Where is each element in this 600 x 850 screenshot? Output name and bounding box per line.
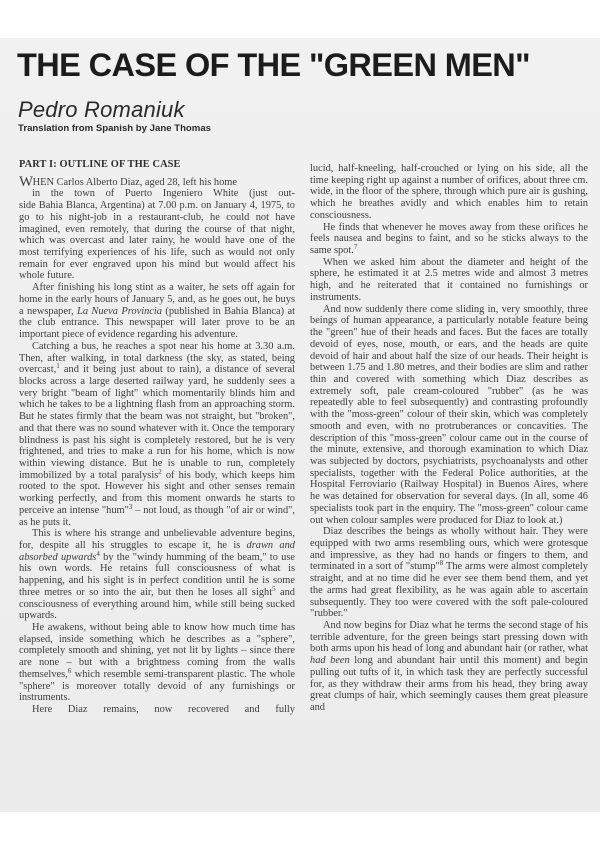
paragraph-1-rest: side Bahia Blanca, Argentina) at 7.00 p.… — [19, 200, 295, 281]
paragraph-second-stage-text-b: long and abundant hair until this moment… — [310, 655, 588, 713]
translator-credit: Translation from Spanish by Jane Thomas — [18, 123, 211, 134]
paragraph-arms: Diaz describes the beings as wholly with… — [310, 526, 588, 620]
footnote-ref-7: 7 — [354, 243, 358, 251]
paragraph-5: He awakens, without being able to know h… — [19, 622, 295, 704]
paragraph-3: Catching a bus, he reaches a spot near h… — [19, 341, 295, 529]
paragraph-second-stage: And now begins for Diaz what he terms th… — [310, 620, 588, 714]
article-title: THE CASE OF THE "GREEN MEN" — [17, 47, 530, 84]
emphasis-had-been: had been — [310, 655, 350, 666]
paragraph-6: Here Diaz remains, now recovered and ful… — [19, 704, 295, 716]
paragraph-1: WHEN Carlos Alberto Diaz, aged 28, left … — [19, 177, 295, 282]
paragraph-2: After finishing his long stint as a wait… — [19, 282, 295, 341]
article-author: Pedro Romaniuk — [18, 97, 185, 123]
paragraph-continued: lucid, half-kneeling, half-crouched or l… — [310, 163, 588, 222]
paragraph-4: This is where his strange and unbelievab… — [19, 528, 295, 622]
paragraph-orifices-text: He finds that whenever he moves away fro… — [310, 222, 588, 256]
paragraph-3-text-b: and it being just about to rain), a dist… — [19, 364, 295, 480]
drop-cap: W — [19, 174, 33, 190]
right-column: lucid, half-kneeling, half-crouched or l… — [310, 163, 588, 714]
paragraph-second-stage-text-a: And now begins for Diaz what he terms th… — [310, 620, 588, 654]
paragraph-sphere-size: When we asked him about the diameter and… — [310, 257, 588, 304]
paragraph-beings: And now suddenly there come sliding in, … — [310, 304, 588, 527]
first-line: HEN Carlos Alberto Diaz, aged 28, left h… — [33, 177, 237, 188]
second-line: in the town of Puerto Ingeniero White (j… — [19, 188, 295, 200]
section-heading: PART I: OUTLINE OF THE CASE — [19, 159, 295, 171]
paragraph-orifices: He finds that whenever he moves away fro… — [310, 222, 588, 257]
newspaper-name: La Nueva Provincia — [77, 306, 162, 317]
left-column: PART I: OUTLINE OF THE CASE WHEN Carlos … — [19, 159, 295, 716]
